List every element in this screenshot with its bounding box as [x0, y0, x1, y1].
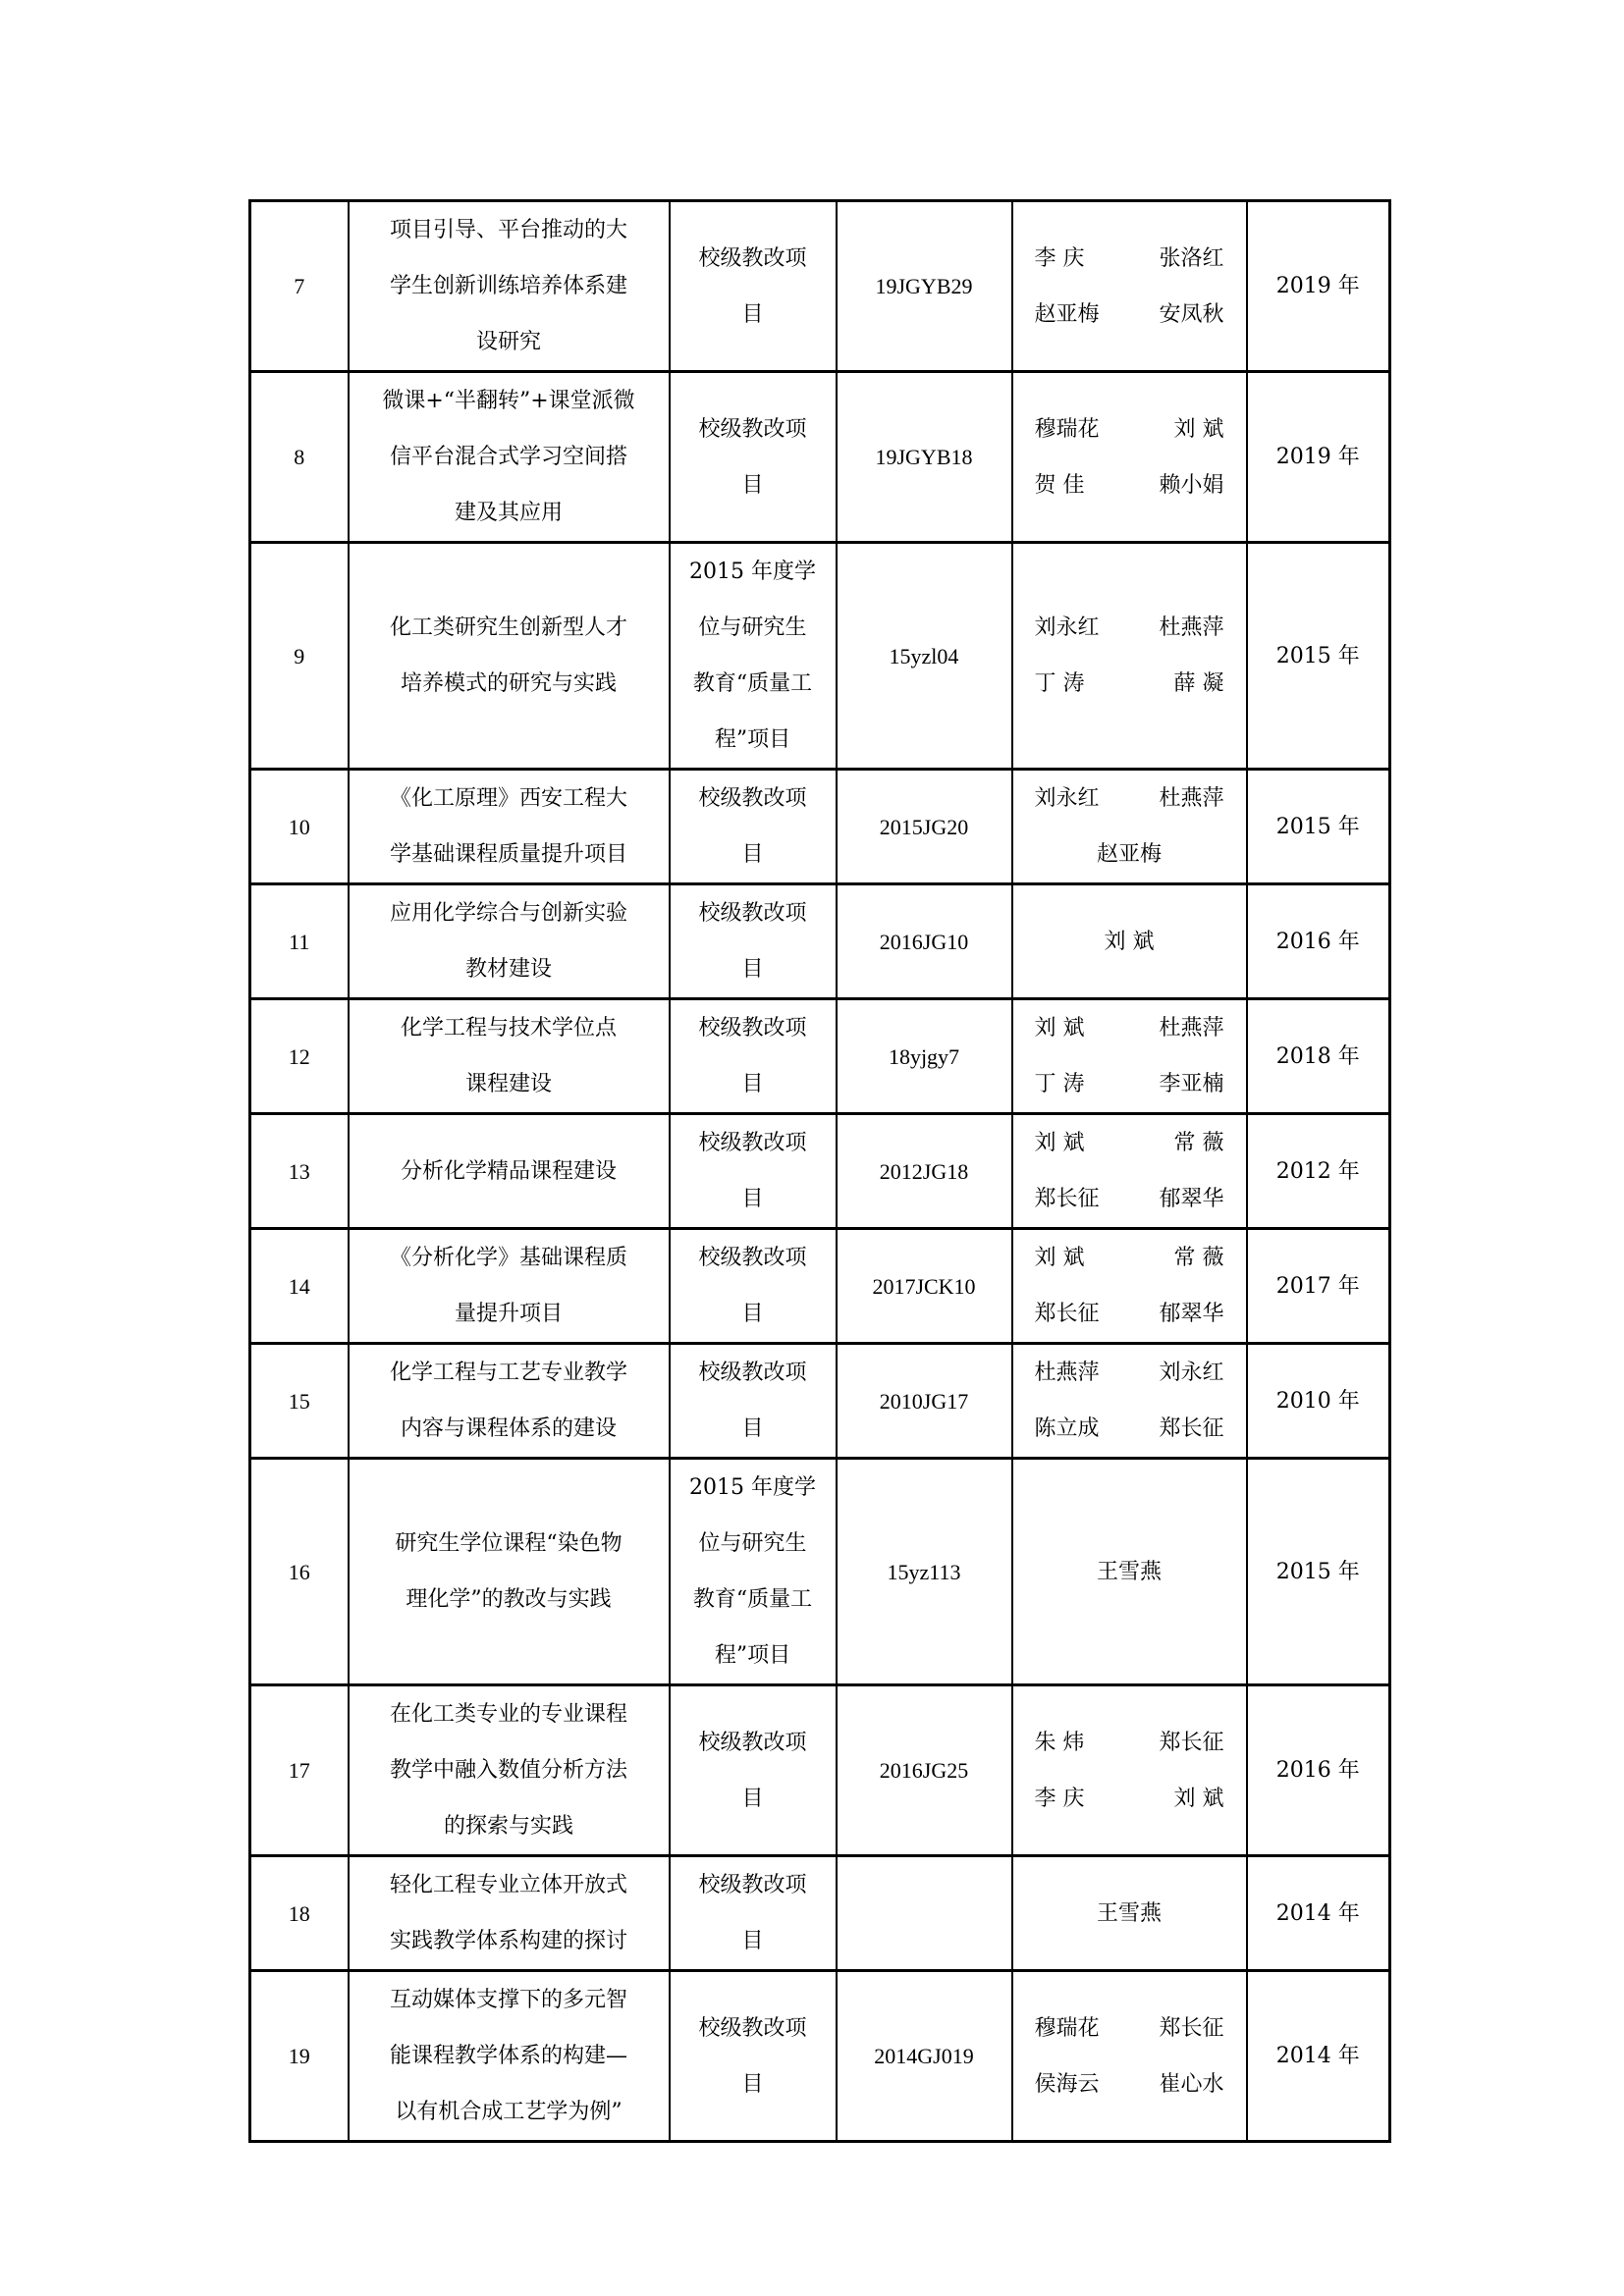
table-row: 16 研究生学位课程“染色物理化学”的教改与实践 2015 年度学位与研究生教育…: [250, 1459, 1390, 1685]
project-year: 2014 年: [1247, 1856, 1390, 1971]
row-number: 11: [250, 884, 349, 999]
project-title: 项目引导、平台推动的大学生创新训练培养体系建设研究: [349, 201, 670, 372]
project-type: 2015 年度学位与研究生教育“质量工程”项目: [670, 1459, 837, 1685]
member-line: 贺 佳赖小娟: [1023, 457, 1236, 513]
type-line: 目: [680, 1771, 826, 1827]
member-line: 刘永红杜燕萍: [1023, 771, 1236, 827]
project-title: 互动媒体支撑下的多元智能课程教学体系的构建—以有机合成工艺学为例”: [349, 1971, 670, 2142]
member-name: 张洛红: [1159, 231, 1223, 287]
project-code: 19JGYB29: [837, 201, 1012, 372]
project-title: 在化工类专业的专业课程教学中融入数值分析方法的探索与实践: [349, 1685, 670, 1856]
title-line: 研究生学位课程“染色物: [359, 1516, 659, 1572]
type-line: 2015 年度学: [680, 544, 826, 600]
project-title: 《分析化学》基础课程质量提升项目: [349, 1229, 670, 1344]
project-code: 2017JCK10: [837, 1229, 1012, 1344]
projects-table: 7 项目引导、平台推动的大学生创新训练培养体系建设研究 校级教改项目 19JGY…: [248, 199, 1391, 2143]
member-name: 王雪燕: [1097, 1901, 1162, 1926]
title-line: 设研究: [359, 314, 659, 370]
table-row: 10 《化工原理》西安工程大学基础课程质量提升项目 校级教改项目 2015JG2…: [250, 770, 1390, 884]
member-name: 郑长征: [1159, 2001, 1223, 2056]
type-line: 目: [680, 1286, 826, 1342]
project-title: 研究生学位课程“染色物理化学”的教改与实践: [349, 1459, 670, 1685]
project-type: 校级教改项目: [670, 1114, 837, 1229]
member-name: 郑长征: [1159, 1401, 1223, 1457]
member-name: 侯海云: [1035, 2056, 1100, 2112]
project-members: 李 庆张洛红赵亚梅安凤秋: [1012, 201, 1247, 372]
project-year: 2016 年: [1247, 1685, 1390, 1856]
type-line: 目: [680, 2056, 826, 2112]
member-name: 李 庆: [1035, 1771, 1085, 1827]
title-line: 化学工程与工艺专业教学: [359, 1345, 659, 1401]
type-line: 程”项目: [680, 1628, 826, 1683]
type-line: 校级教改项: [680, 771, 826, 827]
project-year: 2016 年: [1247, 884, 1390, 999]
project-year: 2015 年: [1247, 1459, 1390, 1685]
type-line: 目: [680, 1913, 826, 1969]
member-name: 李 庆: [1035, 231, 1085, 287]
title-line: 能课程教学体系的构建—: [359, 2028, 659, 2084]
title-line: 《化工原理》西安工程大: [359, 771, 659, 827]
title-line: 教学中融入数值分析方法: [359, 1742, 659, 1798]
project-code: 2012JG18: [837, 1114, 1012, 1229]
project-members: 王雪燕: [1012, 1856, 1247, 1971]
project-type: 校级教改项目: [670, 372, 837, 543]
member-line: 侯海云崔心水: [1023, 2056, 1236, 2112]
project-type: 校级教改项目: [670, 770, 837, 884]
row-number: 16: [250, 1459, 349, 1685]
project-year: 2014 年: [1247, 1971, 1390, 2142]
title-line: 建及其应用: [359, 485, 659, 541]
type-line: 2015 年度学: [680, 1460, 826, 1516]
member-name: 刘永红: [1035, 600, 1100, 656]
member-name: 杜燕萍: [1159, 1000, 1223, 1056]
project-type: 校级教改项目: [670, 1229, 837, 1344]
project-year: 2012 年: [1247, 1114, 1390, 1229]
title-line: 轻化工程专业立体开放式: [359, 1857, 659, 1913]
type-line: 校级教改项: [680, 1345, 826, 1401]
member-name: 杜燕萍: [1035, 1345, 1100, 1401]
type-line: 校级教改项: [680, 1115, 826, 1171]
type-line: 校级教改项: [680, 401, 826, 457]
member-name: 赵亚梅: [1097, 842, 1162, 867]
title-line: 教材建设: [359, 941, 659, 997]
project-members: 刘 斌: [1012, 884, 1247, 999]
type-line: 校级教改项: [680, 1715, 826, 1771]
member-name: 陈立成: [1035, 1401, 1100, 1457]
title-line: 学生创新训练培养体系建: [359, 258, 659, 314]
project-members: 穆瑞花郑长征侯海云崔心水: [1012, 1971, 1247, 2142]
table-row: 9 化工类研究生创新型人才培养模式的研究与实践 2015 年度学位与研究生教育“…: [250, 543, 1390, 770]
project-year: 2015 年: [1247, 770, 1390, 884]
project-type: 校级教改项目: [670, 1971, 837, 2142]
table-row: 19 互动媒体支撑下的多元智能课程教学体系的构建—以有机合成工艺学为例” 校级教…: [250, 1971, 1390, 2142]
member-name: 郑长征: [1159, 1715, 1223, 1771]
project-code: 2016JG25: [837, 1685, 1012, 1856]
title-line: 化学工程与技术学位点: [359, 1000, 659, 1056]
title-line: 在化工类专业的专业课程: [359, 1686, 659, 1742]
member-line: 杜燕萍刘永红: [1023, 1345, 1236, 1401]
row-number: 8: [250, 372, 349, 543]
project-code: 2010JG17: [837, 1344, 1012, 1459]
title-line: 项目引导、平台推动的大: [359, 202, 659, 258]
member-name: 郁翠华: [1159, 1286, 1223, 1342]
title-line: 化工类研究生创新型人才: [359, 600, 659, 656]
member-name: 薛 凝: [1174, 656, 1224, 712]
row-number: 10: [250, 770, 349, 884]
member-line: 刘 斌常 薇: [1023, 1230, 1236, 1286]
title-line: 理化学”的教改与实践: [359, 1572, 659, 1628]
project-type: 校级教改项目: [670, 884, 837, 999]
project-title: 微课+“半翻转”+课堂派微信平台混合式学习空间搭建及其应用: [349, 372, 670, 543]
title-line: 微课+“半翻转”+课堂派微: [359, 373, 659, 429]
type-line: 位与研究生: [680, 600, 826, 656]
title-line: 量提升项目: [359, 1286, 659, 1342]
project-members: 刘永红杜燕萍赵亚梅: [1012, 770, 1247, 884]
project-members: 朱 炜郑长征李 庆刘 斌: [1012, 1685, 1247, 1856]
project-type: 校级教改项目: [670, 201, 837, 372]
project-members: 王雪燕: [1012, 1459, 1247, 1685]
project-members: 杜燕萍刘永红陈立成郑长征: [1012, 1344, 1247, 1459]
member-name: 刘 斌: [1105, 930, 1155, 954]
type-line: 校级教改项: [680, 2001, 826, 2056]
project-type: 校级教改项目: [670, 1856, 837, 1971]
type-line: 目: [680, 941, 826, 997]
projects-table-body: 7 项目引导、平台推动的大学生创新训练培养体系建设研究 校级教改项目 19JGY…: [250, 201, 1390, 2142]
member-line: 赵亚梅: [1023, 827, 1236, 882]
project-title: 轻化工程专业立体开放式实践教学体系构建的探讨: [349, 1856, 670, 1971]
member-line: 穆瑞花刘 斌: [1023, 401, 1236, 457]
project-year: 2018 年: [1247, 999, 1390, 1114]
member-name: 郁翠华: [1159, 1171, 1223, 1227]
member-line: 赵亚梅安凤秋: [1023, 287, 1236, 343]
row-number: 13: [250, 1114, 349, 1229]
project-code: 15yz113: [837, 1459, 1012, 1685]
type-line: 教育“质量工: [680, 1572, 826, 1628]
project-members: 刘永红杜燕萍丁 涛薛 凝: [1012, 543, 1247, 770]
type-line: 校级教改项: [680, 231, 826, 287]
table-row: 11 应用化学综合与创新实验教材建设 校级教改项目 2016JG10 刘 斌 2…: [250, 884, 1390, 999]
type-line: 教育“质量工: [680, 656, 826, 712]
project-members: 刘 斌常 薇郑长征郁翠华: [1012, 1114, 1247, 1229]
member-line: 朱 炜郑长征: [1023, 1715, 1236, 1771]
project-type: 校级教改项目: [670, 1344, 837, 1459]
project-title: 《化工原理》西安工程大学基础课程质量提升项目: [349, 770, 670, 884]
member-name: 穆瑞花: [1035, 2001, 1100, 2056]
table-row: 17 在化工类专业的专业课程教学中融入数值分析方法的探索与实践 校级教改项目 2…: [250, 1685, 1390, 1856]
table-row: 18 轻化工程专业立体开放式实践教学体系构建的探讨 校级教改项目 王雪燕 201…: [250, 1856, 1390, 1971]
member-name: 安凤秋: [1159, 287, 1223, 343]
member-name: 丁 涛: [1035, 1056, 1085, 1112]
project-type: 校级教改项目: [670, 1685, 837, 1856]
title-line: 信平台混合式学习空间搭: [359, 429, 659, 485]
type-line: 校级教改项: [680, 1230, 826, 1286]
type-line: 程”项目: [680, 712, 826, 768]
member-line: 郑长征郁翠华: [1023, 1286, 1236, 1342]
type-line: 目: [680, 1171, 826, 1227]
title-line: 的探索与实践: [359, 1798, 659, 1854]
member-line: 穆瑞花郑长征: [1023, 2001, 1236, 2056]
member-name: 王雪燕: [1097, 1560, 1162, 1584]
type-line: 目: [680, 457, 826, 513]
project-code: 2016JG10: [837, 884, 1012, 999]
type-line: 位与研究生: [680, 1516, 826, 1572]
member-name: 刘 斌: [1035, 1115, 1085, 1171]
project-code: 15yzl04: [837, 543, 1012, 770]
member-name: 杜燕萍: [1159, 600, 1223, 656]
member-name: 贺 佳: [1035, 457, 1085, 513]
project-year: 2019 年: [1247, 372, 1390, 543]
member-name: 刘 斌: [1035, 1230, 1085, 1286]
project-title: 分析化学精品课程建设: [349, 1114, 670, 1229]
type-line: 目: [680, 1401, 826, 1457]
title-line: 内容与课程体系的建设: [359, 1401, 659, 1457]
project-type: 校级教改项目: [670, 999, 837, 1114]
member-line: 刘 斌杜燕萍: [1023, 1000, 1236, 1056]
table-row: 13 分析化学精品课程建设 校级教改项目 2012JG18 刘 斌常 薇郑长征郁…: [250, 1114, 1390, 1229]
member-line: 李 庆张洛红: [1023, 231, 1236, 287]
member-line: 郑长征郁翠华: [1023, 1171, 1236, 1227]
row-number: 7: [250, 201, 349, 372]
project-code: 19JGYB18: [837, 372, 1012, 543]
row-number: 15: [250, 1344, 349, 1459]
member-name: 常 薇: [1174, 1115, 1224, 1171]
title-line: 分析化学精品课程建设: [359, 1144, 659, 1200]
title-line: 学基础课程质量提升项目: [359, 827, 659, 882]
project-year: 2010 年: [1247, 1344, 1390, 1459]
member-line: 李 庆刘 斌: [1023, 1771, 1236, 1827]
member-name: 杜燕萍: [1159, 771, 1223, 827]
member-name: 郑长征: [1035, 1286, 1100, 1342]
row-number: 17: [250, 1685, 349, 1856]
project-year: 2015 年: [1247, 543, 1390, 770]
member-line: 陈立成郑长征: [1023, 1401, 1236, 1457]
title-line: 《分析化学》基础课程质: [359, 1230, 659, 1286]
member-name: 李亚楠: [1159, 1056, 1223, 1112]
table-row: 14 《分析化学》基础课程质量提升项目 校级教改项目 2017JCK10 刘 斌…: [250, 1229, 1390, 1344]
type-line: 目: [680, 1056, 826, 1112]
type-line: 目: [680, 827, 826, 882]
title-line: 以有机合成工艺学为例”: [359, 2084, 659, 2140]
title-line: 培养模式的研究与实践: [359, 656, 659, 712]
project-members: 穆瑞花刘 斌贺 佳赖小娟: [1012, 372, 1247, 543]
title-line: 应用化学综合与创新实验: [359, 885, 659, 941]
project-code: 2014GJ019: [837, 1971, 1012, 2142]
member-name: 穆瑞花: [1035, 401, 1100, 457]
row-number: 9: [250, 543, 349, 770]
project-members: 刘 斌常 薇郑长征郁翠华: [1012, 1229, 1247, 1344]
member-line: 王雪燕: [1023, 1886, 1236, 1942]
member-line: 刘 斌常 薇: [1023, 1115, 1236, 1171]
project-code: 2015JG20: [837, 770, 1012, 884]
member-name: 朱 炜: [1035, 1715, 1085, 1771]
project-year: 2017 年: [1247, 1229, 1390, 1344]
row-number: 12: [250, 999, 349, 1114]
project-title: 应用化学综合与创新实验教材建设: [349, 884, 670, 999]
member-line: 王雪燕: [1023, 1544, 1236, 1600]
member-name: 刘 斌: [1174, 401, 1224, 457]
row-number: 14: [250, 1229, 349, 1344]
title-line: 课程建设: [359, 1056, 659, 1112]
project-members: 刘 斌杜燕萍丁 涛李亚楠: [1012, 999, 1247, 1114]
project-type: 2015 年度学位与研究生教育“质量工程”项目: [670, 543, 837, 770]
title-line: 实践教学体系构建的探讨: [359, 1913, 659, 1969]
project-code: 18yjgy7: [837, 999, 1012, 1114]
type-line: 校级教改项: [680, 885, 826, 941]
member-name: 刘 斌: [1035, 1000, 1085, 1056]
member-line: 丁 涛薛 凝: [1023, 656, 1236, 712]
project-title: 化学工程与工艺专业教学内容与课程体系的建设: [349, 1344, 670, 1459]
title-line: 互动媒体支撑下的多元智: [359, 1972, 659, 2028]
member-line: 丁 涛李亚楠: [1023, 1056, 1236, 1112]
type-line: 目: [680, 287, 826, 343]
member-name: 崔心水: [1159, 2056, 1223, 2112]
table-row: 8 微课+“半翻转”+课堂派微信平台混合式学习空间搭建及其应用 校级教改项目 1…: [250, 372, 1390, 543]
project-year: 2019 年: [1247, 201, 1390, 372]
member-name: 丁 涛: [1035, 656, 1085, 712]
row-number: 19: [250, 1971, 349, 2142]
member-line: 刘永红杜燕萍: [1023, 600, 1236, 656]
project-title: 化学工程与技术学位点课程建设: [349, 999, 670, 1114]
project-code: [837, 1856, 1012, 1971]
member-name: 常 薇: [1174, 1230, 1224, 1286]
member-name: 刘 斌: [1174, 1771, 1224, 1827]
member-name: 刘永红: [1159, 1345, 1223, 1401]
member-name: 郑长征: [1035, 1171, 1100, 1227]
type-line: 校级教改项: [680, 1000, 826, 1056]
row-number: 18: [250, 1856, 349, 1971]
table-row: 7 项目引导、平台推动的大学生创新训练培养体系建设研究 校级教改项目 19JGY…: [250, 201, 1390, 372]
table-row: 12 化学工程与技术学位点课程建设 校级教改项目 18yjgy7 刘 斌杜燕萍丁…: [250, 999, 1390, 1114]
member-name: 赖小娟: [1159, 457, 1223, 513]
member-name: 赵亚梅: [1035, 287, 1100, 343]
project-title: 化工类研究生创新型人才培养模式的研究与实践: [349, 543, 670, 770]
table-row: 15 化学工程与工艺专业教学内容与课程体系的建设 校级教改项目 2010JG17…: [250, 1344, 1390, 1459]
type-line: 校级教改项: [680, 1857, 826, 1913]
member-line: 刘 斌: [1023, 914, 1236, 970]
member-name: 刘永红: [1035, 771, 1100, 827]
